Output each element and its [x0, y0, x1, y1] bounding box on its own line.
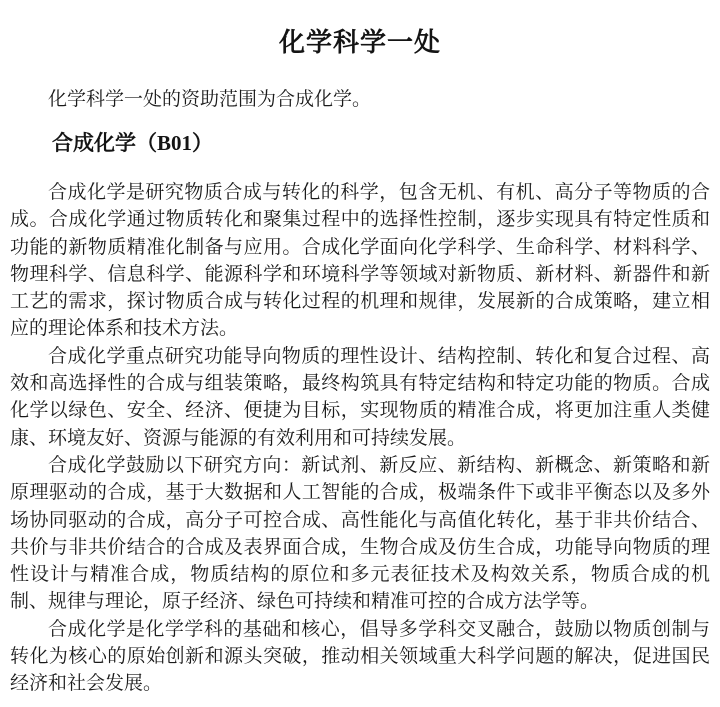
section-heading-suffix: ）	[192, 132, 213, 155]
body-paragraph-focus: 合成化学重点研究功能导向物质的理性设计、结构控制、转化和复合过程、高效和高选择性…	[10, 343, 710, 452]
section-code: B01	[157, 131, 192, 155]
section-body: 合成化学是研究物质合成与转化的科学，包含无机、有机、高分子等物质的合成。合成化学…	[10, 179, 710, 698]
section-heading-prefix: 合成化学（	[52, 132, 157, 155]
body-paragraph-encouraged-directions: 合成化学鼓励以下研究方向：新试剂、新反应、新结构、新概念、新策略和新原理驱动的合…	[10, 452, 710, 616]
document-page: 化学科学一处 化学科学一处的资助范围为合成化学。 合成化学（B01） 合成化学是…	[0, 0, 720, 707]
section-heading: 合成化学（B01）	[10, 130, 710, 157]
intro-paragraph: 化学科学一处的资助范围为合成化学。	[10, 86, 710, 113]
page-title: 化学科学一处	[10, 27, 710, 57]
body-paragraph-significance: 合成化学是化学学科的基础和核心，倡导多学科交叉融合，鼓励以物质创制与转化为核心的…	[10, 616, 710, 698]
body-paragraph-overview: 合成化学是研究物质合成与转化的科学，包含无机、有机、高分子等物质的合成。合成化学…	[10, 179, 710, 343]
